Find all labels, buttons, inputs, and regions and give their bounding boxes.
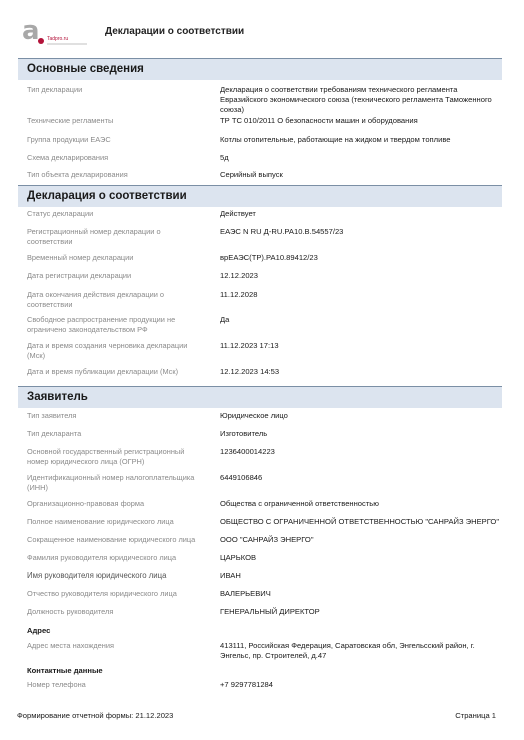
address-subheading: Адрес [27, 626, 50, 635]
field-value: ООО "САНРАЙЗ ЭНЕРГО" [220, 535, 500, 545]
field-label: Имя руководителя юридического лица [27, 571, 207, 581]
field-value: ГЕНЕРАЛЬНЫЙ ДИРЕКТОР [220, 607, 500, 617]
section-declaration-header: Декларация о соответствии [18, 185, 502, 207]
field-value: ОБЩЕСТВО С ОГРАНИЧЕННОЙ ОТВЕТСТВЕННОСТЬЮ… [220, 517, 520, 527]
field-label: Отчество руководителя юридического лица [27, 589, 207, 599]
field-value: 1236400014223 [220, 447, 500, 457]
field-label: Временный номер декларации [27, 253, 207, 263]
logo-tagline [47, 43, 87, 45]
field-value: ЕАЭС N RU Д-RU.PA10.B.54557/23 [220, 227, 500, 237]
logo-brand: Tadpro.ru [47, 37, 68, 42]
logo: a Tadpro.ru [22, 22, 88, 48]
field-value: 11.12.2028 [220, 290, 500, 300]
field-label: Статус декларации [27, 209, 207, 219]
field-value: Общества с ограниченной ответственностью [220, 499, 500, 509]
field-label: Дата регистрации декларации [27, 271, 207, 281]
field-value: 5д [220, 153, 500, 163]
field-label: Регистрационный номер декларации о соотв… [27, 227, 207, 247]
field-label: Организационно-правовая форма [27, 499, 207, 509]
field-value: Декларация о соответствии требованиям те… [220, 85, 500, 115]
field-value: ИВАН [220, 571, 500, 581]
field-value: Изготовитель [220, 429, 500, 439]
field-value: Да [220, 315, 500, 325]
field-label: Тип объекта декларирования [27, 170, 207, 180]
field-label: Дата и время создания черновика декларац… [27, 341, 207, 361]
report-generated-date: Формирование отчетной формы: 21.12.2023 [17, 711, 173, 720]
field-value: 12.12.2023 14:53 [220, 367, 500, 377]
field-value: +7 9297781284 [220, 680, 500, 690]
page-number: Страница 1 [455, 711, 496, 720]
field-label: Тип заявителя [27, 411, 207, 421]
field-value: Юридическое лицо [220, 411, 500, 421]
field-value: Серийный выпуск [220, 170, 500, 180]
field-label: Должность руководителя [27, 607, 207, 617]
page-header: a Tadpro.ru Декларации о соответствии [0, 0, 524, 56]
field-value: ТР ТС 010/2011 О безопасности машин и об… [220, 116, 500, 126]
field-label: Дата окончания действия декларации о соо… [27, 290, 207, 310]
logo-a-icon: a [22, 18, 40, 44]
field-value: 11.12.2023 17:13 [220, 341, 500, 351]
contacts-subheading: Контактные данные [27, 666, 103, 675]
field-value: врЕАЭС(ТР).PA10.89412/23 [220, 253, 500, 263]
field-label: Технические регламенты [27, 116, 207, 126]
field-value: ВАЛЕРЬЕВИЧ [220, 589, 500, 599]
field-value: Котлы отопительные, работающие на жидком… [220, 135, 500, 145]
section-basic-info-header: Основные сведения [18, 58, 502, 80]
field-label: Номер телефона [27, 680, 207, 690]
section-applicant-header: Заявитель [18, 386, 502, 408]
field-value: 12.12.2023 [220, 271, 500, 281]
field-label: Адрес места нахождения [27, 641, 207, 651]
field-value: 6449106846 [220, 473, 500, 483]
field-label: Полное наименование юридического лица [27, 517, 207, 527]
field-value: ЦАРЬКОВ [220, 553, 500, 563]
field-label: Идентификационный номер налогоплательщик… [27, 473, 207, 493]
field-label: Схема декларирования [27, 153, 207, 163]
field-label: Основной государственный регистрационный… [27, 447, 207, 467]
document-title: Декларации о соответствии [105, 26, 244, 37]
logo-dot-icon [38, 38, 44, 44]
field-value: 413111, Российская Федерация, Саратовска… [220, 641, 500, 661]
field-label: Группа продукции ЕАЭС [27, 135, 207, 145]
field-label: Свободное распространение продукции не о… [27, 315, 207, 335]
field-label: Тип декларанта [27, 429, 207, 439]
field-label: Тип декларации [27, 85, 207, 95]
field-label: Дата и время публикации декларации (Мск) [27, 367, 207, 377]
field-label: Фамилия руководителя юридического лица [27, 553, 207, 563]
field-label: Сокращенное наименование юридического ли… [27, 535, 222, 545]
field-value: Действует [220, 209, 500, 219]
